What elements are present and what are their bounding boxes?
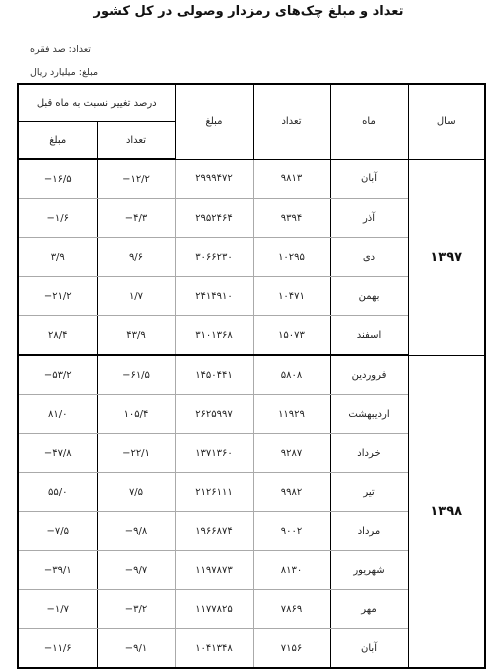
change-amount-cell: −۷/۵ bbox=[18, 512, 97, 551]
change-amount-cell-value: −۷/۵ bbox=[47, 526, 70, 537]
amount-cell-value: ۲۹۹۹۴۷۲ bbox=[195, 173, 233, 184]
checks-table: سال ماه تعداد مبلغ درصد تغییر نسبت به ما… bbox=[17, 83, 486, 669]
count-cell: ۹۸۱۳ bbox=[253, 159, 330, 199]
amount-cell-value: ۲۶۲۵۹۹۷ bbox=[195, 409, 233, 420]
count-cell-value: ۱۰۴۷۱ bbox=[278, 291, 305, 302]
month-cell: آبان bbox=[330, 159, 408, 199]
change-count-cell-value: −۲۲/۱ bbox=[122, 448, 150, 459]
year-cell: ۱۳۹۸ bbox=[408, 355, 485, 668]
count-cell: ۹۹۸۲ bbox=[253, 473, 330, 512]
amount-cell-value: ۳۰۶۶۲۳۰ bbox=[195, 252, 233, 263]
amount-cell: ۲۹۵۲۴۶۴ bbox=[175, 199, 253, 238]
month-cell-value: دی bbox=[363, 252, 375, 263]
header-change-count: تعداد bbox=[97, 122, 175, 160]
amount-cell-value: ۱۱۷۷۸۲۵ bbox=[195, 604, 233, 615]
amount-unit-note: مبلغ: میلیارد ریال bbox=[30, 67, 98, 78]
change-amount-cell-value: −۳۹/۱ bbox=[44, 565, 72, 576]
month-cell-value: آبان bbox=[361, 173, 377, 184]
amount-cell: ۱۳۷۱۳۶۰ bbox=[175, 434, 253, 473]
month-cell: آذر bbox=[330, 199, 408, 238]
count-cell-value: ۹۲۸۷ bbox=[281, 448, 302, 459]
month-cell: آبان bbox=[330, 629, 408, 669]
change-amount-cell: −۱۱/۶ bbox=[18, 629, 97, 669]
amount-cell: ۲۱۲۶۱۱۱ bbox=[175, 473, 253, 512]
change-count-cell: ۴۳/۹ bbox=[97, 316, 175, 356]
change-amount-cell: −۴۷/۸ bbox=[18, 434, 97, 473]
month-cell-value: تیر bbox=[363, 487, 374, 498]
document-title: تعداد و مبلغ چک‌های رمزدار وصولی در کل ک… bbox=[0, 4, 497, 19]
count-cell-value: ۹۳۹۴ bbox=[281, 213, 302, 224]
month-cell: اردیبهشت bbox=[330, 395, 408, 434]
count-cell: ۱۵۰۷۳ bbox=[253, 316, 330, 356]
change-count-cell-value: −۶۱/۵ bbox=[122, 370, 150, 381]
change-amount-cell: ۵۵/۰ bbox=[18, 473, 97, 512]
amount-cell: ۱۹۶۶۸۷۴ bbox=[175, 512, 253, 551]
change-count-cell: −۳/۲ bbox=[97, 590, 175, 629]
count-cell-value: ۷۱۵۶ bbox=[281, 643, 302, 654]
amount-cell: ۲۴۱۴۹۱۰ bbox=[175, 277, 253, 316]
header-count: تعداد bbox=[253, 84, 330, 159]
amount-cell: ۱۴۵۰۴۴۱ bbox=[175, 355, 253, 395]
amount-cell-value: ۱۰۴۱۳۴۸ bbox=[195, 643, 233, 654]
month-cell-value: خرداد bbox=[357, 448, 380, 459]
change-amount-cell-value: ۸۱/۰ bbox=[48, 409, 67, 420]
month-cell: شهریور bbox=[330, 551, 408, 590]
count-cell: ۹۲۸۷ bbox=[253, 434, 330, 473]
header-change-group: درصد تغییر نسبت به ماه قبل bbox=[18, 84, 175, 122]
count-cell-value: ۹۸۱۳ bbox=[281, 173, 302, 184]
change-amount-cell: −۱/۶ bbox=[18, 199, 97, 238]
change-amount-cell: −۱۶/۵ bbox=[18, 159, 97, 199]
amount-cell-value: ۱۹۶۶۸۷۴ bbox=[195, 526, 233, 537]
table-row: ۱۳۹۷آبان۹۸۱۳۲۹۹۹۴۷۲−۱۲/۲−۱۶/۵ bbox=[18, 159, 485, 199]
amount-cell-value: ۲۹۵۲۴۶۴ bbox=[195, 213, 233, 224]
amount-cell: ۲۹۹۹۴۷۲ bbox=[175, 159, 253, 199]
amount-cell: ۱۱۹۷۸۷۳ bbox=[175, 551, 253, 590]
change-count-cell-value: ۴۳/۹ bbox=[126, 330, 145, 341]
amount-cell-value: ۲۴۱۴۹۱۰ bbox=[195, 291, 233, 302]
amount-cell: ۲۶۲۵۹۹۷ bbox=[175, 395, 253, 434]
header-year: سال bbox=[408, 84, 485, 159]
change-amount-cell-value: −۵۳/۲ bbox=[44, 370, 72, 381]
change-count-cell-value: −۱۲/۲ bbox=[122, 174, 150, 185]
change-count-cell-value: −۹/۷ bbox=[125, 565, 148, 576]
change-count-cell: ۹/۶ bbox=[97, 238, 175, 277]
count-cell: ۹۳۹۴ bbox=[253, 199, 330, 238]
amount-cell: ۱۱۷۷۸۲۵ bbox=[175, 590, 253, 629]
change-count-cell: −۶۱/۵ bbox=[97, 355, 175, 395]
change-count-cell-value: −۹/۱ bbox=[125, 643, 148, 654]
change-amount-cell-value: −۴۷/۸ bbox=[44, 448, 72, 459]
count-cell: ۷۸۶۹ bbox=[253, 590, 330, 629]
month-cell: بهمن bbox=[330, 277, 408, 316]
change-amount-cell-value: ۲۸/۴ bbox=[48, 330, 67, 341]
amount-cell-value: ۱۱۹۷۸۷۳ bbox=[195, 565, 233, 576]
amount-cell-value: ۱۴۵۰۴۴۱ bbox=[195, 370, 233, 381]
change-count-cell: ۱/۷ bbox=[97, 277, 175, 316]
header-change-amount: مبلغ bbox=[18, 122, 97, 160]
month-cell-value: بهمن bbox=[359, 291, 380, 302]
month-cell: مهر bbox=[330, 590, 408, 629]
month-cell: خرداد bbox=[330, 434, 408, 473]
month-cell-value: شهریور bbox=[353, 565, 384, 576]
count-cell: ۱۰۴۷۱ bbox=[253, 277, 330, 316]
month-cell: دی bbox=[330, 238, 408, 277]
count-cell-value: ۱۱۹۲۹ bbox=[278, 409, 305, 420]
change-amount-cell: ۸۱/۰ bbox=[18, 395, 97, 434]
change-amount-cell: ۲۸/۴ bbox=[18, 316, 97, 356]
month-cell: تیر bbox=[330, 473, 408, 512]
year-cell: ۱۳۹۷ bbox=[408, 159, 485, 355]
count-cell-value: ۵۸۰۸ bbox=[281, 370, 302, 381]
change-count-cell: ۱۰۵/۴ bbox=[97, 395, 175, 434]
change-count-cell-value: ۱۰۵/۴ bbox=[124, 409, 149, 420]
table-body: ۱۳۹۷آبان۹۸۱۳۲۹۹۹۴۷۲−۱۲/۲−۱۶/۵آذر۹۳۹۴۲۹۵۲… bbox=[18, 159, 485, 668]
change-count-cell: −۲۲/۱ bbox=[97, 434, 175, 473]
change-count-cell-value: −۹/۸ bbox=[125, 526, 148, 537]
amount-cell: ۳۰۶۶۲۳۰ bbox=[175, 238, 253, 277]
count-unit-note: تعداد: صد فقره bbox=[30, 44, 91, 55]
change-count-cell: ۷/۵ bbox=[97, 473, 175, 512]
count-cell-value: ۹۹۸۲ bbox=[281, 487, 302, 498]
change-amount-cell: −۵۳/۲ bbox=[18, 355, 97, 395]
month-cell-value: فروردین bbox=[352, 370, 387, 381]
change-count-cell-value: −۴/۳ bbox=[125, 213, 148, 224]
count-cell: ۸۱۳۰ bbox=[253, 551, 330, 590]
change-amount-cell-value: −۱/۷ bbox=[47, 604, 70, 615]
change-amount-cell: −۳۹/۱ bbox=[18, 551, 97, 590]
month-cell-value: اردیبهشت bbox=[348, 409, 389, 420]
month-cell: فروردین bbox=[330, 355, 408, 395]
change-count-cell-value: ۱/۷ bbox=[129, 291, 143, 302]
count-cell-value: ۷۸۶۹ bbox=[281, 604, 302, 615]
count-cell: ۵۸۰۸ bbox=[253, 355, 330, 395]
amount-cell-value: ۱۳۷۱۳۶۰ bbox=[195, 448, 233, 459]
amount-cell-value: ۲۱۲۶۱۱۱ bbox=[195, 487, 233, 498]
change-count-cell-value: ۹/۶ bbox=[129, 252, 143, 263]
change-count-cell-value: ۷/۵ bbox=[129, 487, 143, 498]
month-cell: اسفند bbox=[330, 316, 408, 356]
header-month: ماه bbox=[330, 84, 408, 159]
month-cell: مرداد bbox=[330, 512, 408, 551]
amount-cell: ۱۰۴۱۳۴۸ bbox=[175, 629, 253, 669]
month-cell-value: آذر bbox=[363, 213, 375, 224]
change-amount-cell-value: −۱۶/۵ bbox=[44, 174, 72, 185]
count-cell: ۹۰۰۲ bbox=[253, 512, 330, 551]
count-cell-value: ۱۰۲۹۵ bbox=[278, 252, 305, 263]
count-cell: ۱۰۲۹۵ bbox=[253, 238, 330, 277]
amount-cell-value: ۳۱۰۱۳۶۸ bbox=[195, 330, 233, 341]
count-cell-value: ۸۱۳۰ bbox=[281, 565, 302, 576]
change-amount-cell-value: ۳/۹ bbox=[51, 252, 65, 263]
change-count-cell: −۱۲/۲ bbox=[97, 159, 175, 199]
month-cell-value: مهر bbox=[361, 604, 376, 615]
change-count-cell: −۹/۷ bbox=[97, 551, 175, 590]
table-row: ۱۳۹۸فروردین۵۸۰۸۱۴۵۰۴۴۱−۶۱/۵−۵۳/۲ bbox=[18, 355, 485, 395]
change-count-cell: −۴/۳ bbox=[97, 199, 175, 238]
header-amount: مبلغ bbox=[175, 84, 253, 159]
count-cell-value: ۱۵۰۷۳ bbox=[278, 330, 305, 341]
change-amount-cell: ۳/۹ bbox=[18, 238, 97, 277]
amount-cell: ۳۱۰۱۳۶۸ bbox=[175, 316, 253, 356]
count-cell: ۱۱۹۲۹ bbox=[253, 395, 330, 434]
change-amount-cell: −۱/۷ bbox=[18, 590, 97, 629]
month-cell-value: مرداد bbox=[358, 526, 381, 537]
change-count-cell-value: −۳/۲ bbox=[125, 604, 148, 615]
change-amount-cell-value: −۲۱/۲ bbox=[44, 291, 72, 302]
change-amount-cell-value: −۱/۶ bbox=[47, 213, 70, 224]
change-amount-cell: −۲۱/۲ bbox=[18, 277, 97, 316]
month-cell-value: اسفند bbox=[357, 330, 381, 341]
count-cell: ۷۱۵۶ bbox=[253, 629, 330, 669]
change-count-cell: −۹/۸ bbox=[97, 512, 175, 551]
count-cell-value: ۹۰۰۲ bbox=[281, 526, 302, 537]
month-cell-value: آبان bbox=[361, 643, 377, 654]
change-amount-cell-value: −۱۱/۶ bbox=[44, 643, 72, 654]
change-amount-cell-value: ۵۵/۰ bbox=[48, 487, 67, 498]
change-count-cell: −۹/۱ bbox=[97, 629, 175, 669]
